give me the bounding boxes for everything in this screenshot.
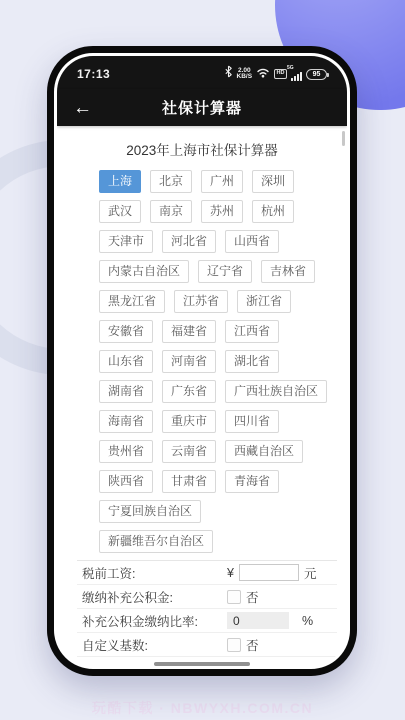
region-button[interactable]: 海南省 [99, 410, 153, 433]
watermark-text: 玩酷下载 · NBWYXH.COM.CN [0, 698, 405, 718]
region-row: 陕西省甘肃省青海省 [99, 470, 337, 493]
region-button[interactable]: 西藏自治区 [225, 440, 303, 463]
region-button[interactable]: 南京 [150, 200, 192, 223]
region-button[interactable]: 安徽省 [99, 320, 153, 343]
region-button[interactable]: 山东省 [99, 350, 153, 373]
page: 玩酷下载 · NBWYXH.COM.CN 17:13 2.00 KB/S [0, 0, 405, 720]
region-button[interactable]: 云南省 [162, 440, 216, 463]
supplement-rate-unit: % [302, 614, 313, 628]
region-row: 海南省重庆市四川省 [99, 410, 337, 433]
region-button[interactable]: 贵州省 [99, 440, 153, 463]
clock: 17:13 [77, 67, 110, 81]
network-speed-indicator: 2.00 KB/S [237, 68, 253, 81]
custom-base-label: 自定义基数: [82, 636, 148, 654]
region-button[interactable]: 辽宁省 [198, 260, 252, 283]
battery-icon: 95 [306, 69, 327, 80]
region-row: 湖南省广东省广西壮族自治区 [99, 380, 337, 403]
supplement-rate-label: 补充公积金缴纳比率: [82, 612, 198, 630]
region-grid: 上海北京广州深圳武汉南京苏州杭州天津市河北省山西省内蒙古自治区辽宁省吉林省黑龙江… [99, 170, 337, 553]
pretax-salary-row: 税前工资: ¥ 元 [77, 561, 337, 585]
supplement-fund-row: 缴纳补充公积金: 否 [77, 585, 337, 609]
region-button[interactable]: 湖北省 [225, 350, 279, 373]
region-button[interactable]: 福建省 [162, 320, 216, 343]
region-button[interactable]: 陕西省 [99, 470, 153, 493]
region-button[interactable]: 内蒙古自治区 [99, 260, 189, 283]
main-content: 2023年上海市社保计算器 上海北京广州深圳武汉南京苏州杭州天津市河北省山西省内… [57, 126, 347, 666]
page-title: 社保计算器 [162, 97, 242, 118]
region-button[interactable]: 河南省 [162, 350, 216, 373]
custom-base-option-text: 否 [246, 636, 259, 654]
region-button[interactable]: 宁夏回族自治区 [99, 500, 201, 523]
region-button[interactable]: 新疆维吾尔自治区 [99, 530, 213, 553]
back-arrow-icon[interactable]: ← [73, 98, 92, 117]
region-button[interactable]: 山西省 [225, 230, 279, 253]
region-button[interactable]: 广西壮族自治区 [225, 380, 327, 403]
region-row: 安徽省福建省江西省 [99, 320, 337, 343]
region-row: 内蒙古自治区辽宁省吉林省 [99, 260, 337, 283]
region-button[interactable]: 天津市 [99, 230, 153, 253]
status-bar: 17:13 2.00 KB/S HD 5G [57, 56, 347, 89]
status-icons: 2.00 KB/S HD 5G 95 [224, 65, 327, 83]
region-button[interactable]: 上海 [99, 170, 141, 193]
pretax-salary-label: 税前工资: [82, 564, 135, 582]
region-row: 新疆维吾尔自治区 [99, 530, 337, 553]
region-row: 黑龙江省江苏省浙江省 [99, 290, 337, 313]
region-button[interactable]: 湖南省 [99, 380, 153, 403]
region-button[interactable]: 四川省 [225, 410, 279, 433]
region-button[interactable]: 北京 [150, 170, 192, 193]
region-button[interactable]: 重庆市 [162, 410, 216, 433]
pretax-salary-input[interactable] [239, 564, 299, 581]
region-button[interactable]: 广东省 [162, 380, 216, 403]
scrollbar-thumb[interactable] [342, 131, 345, 146]
region-button[interactable]: 苏州 [201, 200, 243, 223]
calculator-title: 2023年上海市社保计算器 [57, 139, 347, 159]
region-row: 武汉南京苏州杭州 [99, 200, 337, 223]
region-row: 山东省河南省湖北省 [99, 350, 337, 373]
region-button[interactable]: 江苏省 [174, 290, 228, 313]
region-button[interactable]: 河北省 [162, 230, 216, 253]
region-row: 贵州省云南省西藏自治区 [99, 440, 337, 463]
region-button[interactable]: 杭州 [252, 200, 294, 223]
calculator-form: 税前工资: ¥ 元 缴纳补充公积金: 否 [77, 560, 337, 657]
region-button[interactable]: 黑龙江省 [99, 290, 165, 313]
supplement-fund-checkbox[interactable] [227, 590, 241, 604]
region-button[interactable]: 甘肃省 [162, 470, 216, 493]
supplement-rate-input[interactable] [227, 612, 289, 629]
supplement-fund-option-text: 否 [246, 588, 259, 606]
pretax-salary-unit: 元 [304, 564, 317, 582]
region-button[interactable]: 深圳 [252, 170, 294, 193]
home-indicator[interactable] [154, 662, 250, 666]
region-button[interactable]: 吉林省 [261, 260, 315, 283]
region-button[interactable]: 广州 [201, 170, 243, 193]
hd-volte-icon: HD [274, 69, 287, 79]
region-button[interactable]: 青海省 [225, 470, 279, 493]
region-button[interactable]: 武汉 [99, 200, 141, 223]
region-row: 宁夏回族自治区 [99, 500, 337, 523]
supplement-fund-label: 缴纳补充公积金: [82, 588, 173, 606]
region-row: 天津市河北省山西省 [99, 230, 337, 253]
custom-base-row: 自定义基数: 否 [77, 633, 337, 657]
app-screen: 17:13 2.00 KB/S HD 5G [57, 56, 347, 666]
cell-signal-icon: 5G [291, 68, 302, 81]
bluetooth-icon [224, 65, 233, 83]
region-row: 上海北京广州深圳 [99, 170, 337, 193]
custom-base-checkbox[interactable] [227, 638, 241, 652]
wifi-icon [256, 65, 270, 83]
region-button[interactable]: 浙江省 [237, 290, 291, 313]
region-button[interactable]: 江西省 [225, 320, 279, 343]
app-header: ← 社保计算器 [57, 89, 347, 126]
supplement-rate-row: 补充公积金缴纳比率: % [77, 609, 337, 633]
currency-symbol: ¥ [227, 566, 234, 580]
phone-frame: 17:13 2.00 KB/S HD 5G [47, 46, 357, 676]
